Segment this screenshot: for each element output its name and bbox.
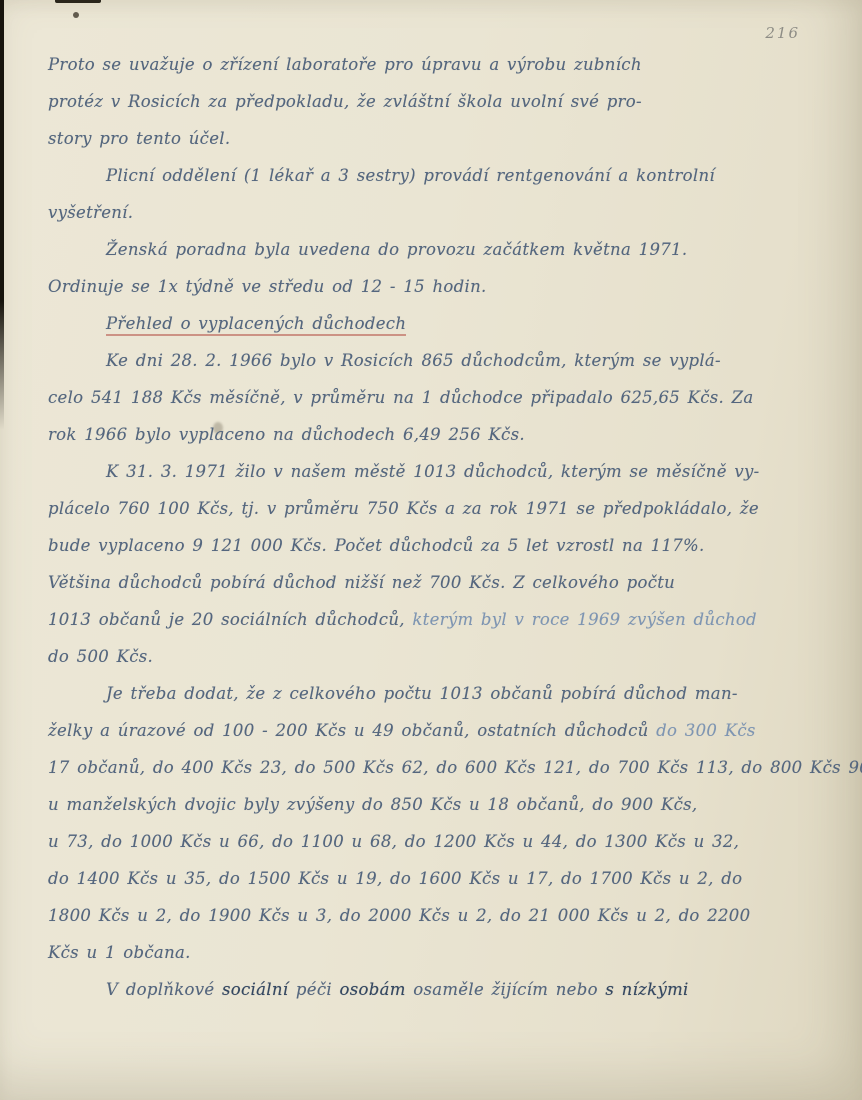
handwritten-line: Je třeba dodat, že z celkového počtu 101… bbox=[48, 675, 822, 712]
line-text: K 31. 3. 1971 žilo v našem městě 1013 dů… bbox=[106, 462, 759, 481]
handwritten-line: do 500 Kčs. bbox=[48, 638, 822, 675]
handwritten-line: celo 541 188 Kčs měsíčně, v průměru na 1… bbox=[48, 379, 822, 416]
handwritten-line: story pro tento účel. bbox=[48, 120, 822, 157]
line-text: osobám bbox=[339, 980, 405, 999]
handwritten-line: Kčs u 1 občana. bbox=[48, 934, 822, 971]
line-text: u manželských dvojic byly zvýšeny do 850… bbox=[48, 795, 697, 814]
handwritten-line: 1800 Kčs u 2, do 1900 Kčs u 3, do 2000 K… bbox=[48, 897, 822, 934]
handwritten-line: bude vyplaceno 9 121 000 Kčs. Počet důch… bbox=[48, 527, 822, 564]
handwritten-line: Proto se uvažuje o zřízení laboratoře pr… bbox=[48, 46, 822, 83]
handwritten-line: Ordinuje se 1x týdně ve středu od 12 - 1… bbox=[48, 268, 822, 305]
line-text: kterým byl v roce 1969 zvýšen důchod bbox=[412, 610, 757, 629]
line-text: rok 1966 bylo vyplaceno na důchodech 6,4… bbox=[48, 425, 525, 444]
line-text: Kčs u 1 občana. bbox=[48, 943, 191, 962]
line-text: Ženská poradna byla uvedena do provozu z… bbox=[106, 240, 687, 259]
line-text: do 1400 Kčs u 35, do 1500 Kčs u 19, do 1… bbox=[48, 869, 742, 888]
handwritten-line: Ke dni 28. 2. 1966 bylo v Rosicích 865 d… bbox=[48, 342, 822, 379]
line-text: osaměle žijícím nebo bbox=[406, 980, 606, 999]
handwritten-line: rok 1966 bylo vyplaceno na důchodech 6,4… bbox=[48, 416, 822, 453]
handwritten-line: protéz v Rosicích za předpokladu, že zvl… bbox=[48, 83, 822, 120]
handwritten-line: 1013 občanů je 20 sociálních důchodců, k… bbox=[48, 601, 822, 638]
handwritten-line: u 73, do 1000 Kčs u 66, do 1100 u 68, do… bbox=[48, 823, 822, 860]
line-text: celo 541 188 Kčs měsíčně, v průměru na 1… bbox=[48, 388, 754, 407]
page-lines: Proto se uvažuje o zřízení laboratoře pr… bbox=[48, 46, 822, 1008]
line-text: s nízkými bbox=[605, 980, 688, 999]
handwritten-line: Ženská poradna byla uvedena do provozu z… bbox=[48, 231, 822, 268]
handwritten-line: želky a úrazové od 100 - 200 Kčs u 49 ob… bbox=[48, 712, 822, 749]
line-text: Ordinuje se 1x týdně ve středu od 12 - 1… bbox=[48, 277, 487, 296]
ink-speck bbox=[73, 12, 79, 18]
line-text: do 500 Kčs. bbox=[48, 647, 153, 666]
line-text: 17 občanů, do 400 Kčs 23, do 500 Kčs 62,… bbox=[48, 758, 862, 777]
line-text: protéz v Rosicích za předpokladu, že zvl… bbox=[48, 92, 642, 111]
handwritten-line: 17 občanů, do 400 Kčs 23, do 500 Kčs 62,… bbox=[48, 749, 822, 786]
line-text: vyšetření. bbox=[48, 203, 133, 222]
line-text: story pro tento účel. bbox=[48, 129, 230, 148]
line-text: V doplňkové bbox=[106, 980, 222, 999]
page-number: 216 bbox=[765, 24, 800, 42]
handwritten-line: plácelo 760 100 Kčs, tj. v průměru 750 K… bbox=[48, 490, 822, 527]
line-text: plácelo 760 100 Kčs, tj. v průměru 750 K… bbox=[48, 499, 759, 518]
line-text: u 73, do 1000 Kčs u 66, do 1100 u 68, do… bbox=[48, 832, 739, 851]
section-heading: Přehled o vyplacených důchodech bbox=[48, 305, 822, 342]
top-edge-mark bbox=[55, 0, 101, 3]
line-text: Je třeba dodat, že z celkového počtu 101… bbox=[106, 684, 738, 703]
line-text: Proto se uvažuje o zřízení laboratoře pr… bbox=[48, 55, 642, 74]
line-text: bude vyplaceno 9 121 000 Kčs. Počet důch… bbox=[48, 536, 705, 555]
handwritten-line: K 31. 3. 1971 žilo v našem městě 1013 dů… bbox=[48, 453, 822, 490]
page-binding-edge bbox=[0, 0, 4, 430]
line-text: Plicní oddělení (1 lékař a 3 sestry) pro… bbox=[106, 166, 715, 185]
handwritten-line: V doplňkové sociální péči osobám osaměle… bbox=[48, 971, 822, 1008]
line-text: 1800 Kčs u 2, do 1900 Kčs u 3, do 2000 K… bbox=[48, 906, 750, 925]
handwritten-line: Většina důchodců pobírá důchod nižší než… bbox=[48, 564, 822, 601]
line-text: želky a úrazové od 100 - 200 Kčs u 49 ob… bbox=[48, 721, 656, 740]
handwritten-line: vyšetření. bbox=[48, 194, 822, 231]
manuscript-page: 216 Proto se uvažuje o zřízení laboratoř… bbox=[0, 0, 862, 1100]
line-text: sociální bbox=[222, 980, 288, 999]
line-text: 1013 občanů je 20 sociálních důchodců, bbox=[48, 610, 412, 629]
handwritten-line: u manželských dvojic byly zvýšeny do 850… bbox=[48, 786, 822, 823]
line-text: Ke dni 28. 2. 1966 bylo v Rosicích 865 d… bbox=[106, 351, 721, 370]
line-text: Většina důchodců pobírá důchod nižší než… bbox=[48, 573, 675, 592]
line-text: Přehled o vyplacených důchodech bbox=[106, 314, 406, 336]
line-text: péči bbox=[288, 980, 339, 999]
handwritten-line: do 1400 Kčs u 35, do 1500 Kčs u 19, do 1… bbox=[48, 860, 822, 897]
handwritten-line: Plicní oddělení (1 lékař a 3 sestry) pro… bbox=[48, 157, 822, 194]
line-text: do 300 Kčs bbox=[656, 721, 756, 740]
